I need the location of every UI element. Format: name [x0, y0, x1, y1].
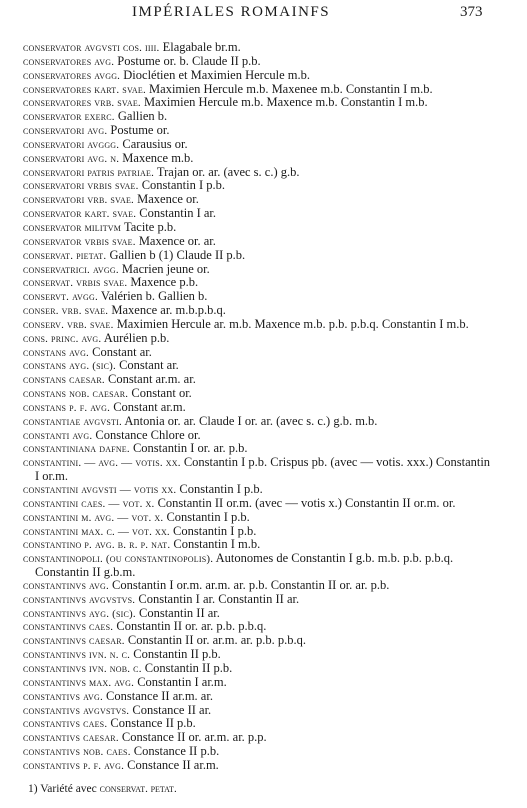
coin-legend: conservator exerc. [23, 111, 115, 123]
emperor-and-metal: Constance II p.b. [131, 744, 220, 758]
coin-legend: constantini m. avg. — vot. x. [23, 512, 163, 524]
emperor-and-metal: Constantin I or. ar. p.b. [130, 441, 248, 455]
coin-legend: constantinvs caesar. [23, 635, 125, 647]
coin-legend: conservat. vrbis svae. [23, 277, 127, 289]
index-entry: constantino p. avg. b. r. p. nat. Consta… [23, 538, 493, 552]
coin-legend: conservat. pietat. [23, 250, 106, 262]
emperor-and-metal: Constant ar. [89, 345, 152, 359]
emperor-and-metal: Maxence m.b. [119, 151, 193, 165]
index-entry: conservatores avgg. Dioclétien et Maximi… [23, 69, 493, 83]
coin-legend: conservator avgvsti cos. iiii. [23, 42, 159, 54]
coin-legend: constanti avg. [23, 430, 92, 442]
emperor-and-metal: Constant ar. [116, 358, 179, 372]
index-entry: constantini caes. — vot. x. Constantin I… [23, 497, 493, 511]
coin-legend: constans avg. [23, 347, 89, 359]
index-entry: constantivs avg. Constance II ar.m. ar. [23, 690, 493, 704]
index-entry: cons. princ. avg. Aurélien p.b. [23, 332, 493, 346]
emperor-and-metal: Constantin I p.b. [163, 510, 249, 524]
emperor-and-metal: Constantin II or. ar. p.b. p.b.q. [113, 619, 266, 633]
coin-legend: conservatori vrbis svae. [23, 180, 139, 192]
index-entry: constans avg. Constant ar. [23, 346, 493, 360]
running-title: IMPÉRIALES ROMAINFS [132, 4, 330, 21]
index-entry: constantivs p. f. avg. Constance II ar.m… [23, 759, 493, 773]
emperor-and-metal: Postume or. b. Claude II p.b. [114, 54, 261, 68]
emperor-and-metal: Maxence or. [134, 192, 199, 206]
footnote-marker: 1) [28, 783, 38, 795]
index-entry: conservatores kart. svae. Maximien Hercu… [23, 83, 493, 97]
footnote-legend: conservat. petat. [100, 783, 177, 795]
emperor-and-metal: Constantin II p.b. [142, 661, 233, 675]
emperor-and-metal: Constance II ar. [129, 703, 211, 717]
index-entry: conservatori avg. Postume or. [23, 124, 493, 138]
index-entry: constantini. — avg. — votis. xx. Constan… [23, 456, 493, 483]
emperor-and-metal: Constant ar.m. [110, 400, 186, 414]
emperor-and-metal: Constantin I ar.m. [134, 675, 227, 689]
emperor-and-metal: Constantin I p.b. [139, 178, 225, 192]
index-entry: constans ayg. (sic). Constant ar. [23, 359, 493, 373]
coin-legend: conservator kart. svae. [23, 208, 136, 220]
coin-legend: conservatrici. avgg. [23, 264, 119, 276]
index-entry: conservatores vrb. svae. Maximien Hercul… [23, 96, 493, 110]
emperor-and-metal: Carausius or. [119, 137, 187, 151]
index-entry: constantiae avgvsti. Antonia or. ar. Cla… [23, 415, 493, 429]
index-entry: conservatori avggg. Carausius or. [23, 138, 493, 152]
coin-legend: constantini avgvsti — votis xx. [23, 484, 176, 496]
index-entry: constanti avg. Constance Chlore or. [23, 429, 493, 443]
index-entry: constantinvs ivn. n. c. Constantin II p.… [23, 648, 493, 662]
footnote-text: Variété avec [38, 783, 100, 795]
coin-legend: constantinvs caes. [23, 621, 113, 633]
coin-legend: conservatores avgg. [23, 70, 120, 82]
emperor-and-metal: Constance II or. ar.m. ar. p.p. [119, 730, 267, 744]
index-entry: conservatori vrbis svae. Constantin I p.… [23, 179, 493, 193]
emperor-and-metal: Maxence p.b. [127, 275, 198, 289]
emperor-and-metal: Tacite p.b. [121, 220, 176, 234]
coin-legend: constantini. — avg. — votis. xx. [23, 457, 181, 469]
coin-legend: conservatori patris patriae. [23, 167, 154, 179]
index-entry: conservator militvm Tacite p.b. [23, 221, 493, 235]
coin-legend: constantinvs ayg. (sic). [23, 608, 136, 620]
index-entry: constans caesar. Constant ar.m. ar. [23, 373, 493, 387]
emperor-and-metal: Maxence or. ar. [136, 234, 216, 248]
emperor-and-metal: Constantin I p.b. [176, 482, 262, 496]
coin-legend: constantivs caesar. [23, 732, 119, 744]
index-entry: constantinopoli. (ou constantinopolis). … [23, 552, 493, 579]
index-entry: conservat. pietat. Gallien b (1) Claude … [23, 249, 493, 263]
coin-legend: conservatori avg. n. [23, 153, 119, 165]
emperor-and-metal: Constantin I p.b. [170, 524, 256, 538]
index-entry: constantiniana dafne. Constantin I or. a… [23, 442, 493, 456]
coin-legend: constans nob. caesar. [23, 388, 128, 400]
page-number: 373 [460, 4, 483, 21]
coin-legend: conservatori avggg. [23, 139, 119, 151]
index-entry: constantinvs avgvstvs. Constantin I ar. … [23, 593, 493, 607]
coin-legend: constantinopoli. (ou constantinopolis). [23, 553, 213, 565]
index-entry: constantinvs caes. Constantin II or. ar.… [23, 620, 493, 634]
emperor-and-metal: Trajan or. ar. (avec s. c.) g.b. [154, 165, 299, 179]
coin-legend: constantivs p. f. avg. [23, 760, 124, 772]
coin-legend: constantinvs ivn. nob. c. [23, 663, 142, 675]
index-entry: conservator avgvsti cos. iiii. Elagabale… [23, 41, 493, 55]
emperor-and-metal: Maximien Hercule m.b. Maxence m.b. Const… [141, 95, 428, 109]
emperor-and-metal: Maximien Hercule m.b. Maxenee m.b. Const… [146, 82, 433, 96]
coin-legend: conservatores vrb. svae. [23, 97, 141, 109]
coin-legend: conservt. avgg. [23, 291, 98, 303]
emperor-and-metal: Maxence ar. m.b.p.b.q. [108, 303, 226, 317]
coin-legend: conservatori vrb. svae. [23, 194, 134, 206]
emperor-and-metal: Gallien b (1) Claude II p.b. [106, 248, 245, 262]
coin-legend: constantivs nob. caes. [23, 746, 131, 758]
emperor-and-metal: Constantin I m.b. [170, 537, 260, 551]
coin-legend: conser. vrb. svae. [23, 305, 108, 317]
index-entry: constantinvs avg. Constantin I or.m. ar.… [23, 579, 493, 593]
emperor-and-metal: Constance II ar.m. ar. [103, 689, 213, 703]
index-entry: constantivs avgvstvs. Constance II ar. [23, 704, 493, 718]
emperor-and-metal: Constant or. [128, 386, 192, 400]
index-entry: conservatori vrb. svae. Maxence or. [23, 193, 493, 207]
coin-legend: constantinvs avgvstvs. [23, 594, 135, 606]
emperor-and-metal: Constant ar.m. ar. [105, 372, 196, 386]
index-entry: conservatores avg. Postume or. b. Claude… [23, 55, 493, 69]
index-entry: constantivs caes. Constance II p.b. [23, 717, 493, 731]
coin-legend: constans caesar. [23, 374, 105, 386]
index-entry: constantivs nob. caes. Constance II p.b. [23, 745, 493, 759]
coin-legend: constantini caes. — vot. x. [23, 498, 154, 510]
coin-legend: conservator vrbis svae. [23, 236, 136, 248]
index-entry: constantini avgvsti — votis xx. Constant… [23, 483, 493, 497]
emperor-and-metal: Aurélien p.b. [101, 331, 169, 345]
legend-index-list: conservator avgvsti cos. iiii. Elagabale… [23, 41, 493, 773]
index-entry: constantini max. c. — vot. xx. Constanti… [23, 525, 493, 539]
coin-legend: constantini max. c. — vot. xx. [23, 526, 170, 538]
page-header: IMPÉRIALES ROMAINFS 373 [0, 4, 527, 26]
emperor-and-metal: Maximien Hercule ar. m.b. Maxence m.b. p… [114, 317, 469, 331]
coin-legend: constantivs avgvstvs. [23, 705, 129, 717]
emperor-and-metal: Gallien b. [115, 109, 167, 123]
coin-legend: conservator militvm [23, 222, 121, 234]
emperor-and-metal: Constance Chlore or. [92, 428, 200, 442]
index-entry: conservator exerc. Gallien b. [23, 110, 493, 124]
emperor-and-metal: Constantin II ar. [136, 606, 220, 620]
coin-legend: constantivs avg. [23, 691, 103, 703]
coin-legend: constantinvs ivn. n. c. [23, 649, 130, 661]
coin-legend: constantiae avgvsti. [23, 416, 122, 428]
coin-legend: constantino p. avg. b. r. p. nat. [23, 539, 170, 551]
coin-legend: constantinvs max. avg. [23, 677, 134, 689]
index-entry: conservat. vrbis svae. Maxence p.b. [23, 276, 493, 290]
index-entry: constantivs caesar. Constance II or. ar.… [23, 731, 493, 745]
emperor-and-metal: Constantin II or. ar.m. ar. p.b. p.b.q. [125, 633, 306, 647]
coin-legend: constans ayg. (sic). [23, 360, 116, 372]
index-entry: constantinvs caesar. Constantin II or. a… [23, 634, 493, 648]
index-entry: constans nob. caesar. Constant or. [23, 387, 493, 401]
index-entry: constantinvs ayg. (sic). Constantin II a… [23, 607, 493, 621]
emperor-and-metal: Postume or. [107, 123, 169, 137]
index-entry: constantinvs ivn. nob. c. Constantin II … [23, 662, 493, 676]
coin-legend: conservatores kart. svae. [23, 84, 146, 96]
index-entry: constantinvs max. avg. Constantin I ar.m… [23, 676, 493, 690]
coin-legend: constantinvs avg. [23, 580, 109, 592]
index-entry: constantini m. avg. — vot. x. Constantin… [23, 511, 493, 525]
index-entry: constans p. f. avg. Constant ar.m. [23, 401, 493, 415]
footnote: 1) Variété avec conservat. petat. [28, 783, 177, 795]
coin-legend: constantiniana dafne. [23, 443, 130, 455]
index-entry: conservator kart. svae. Constantin I ar. [23, 207, 493, 221]
index-entry: conservatrici. avgg. Macrien jeune or. [23, 263, 493, 277]
coin-legend: constans p. f. avg. [23, 402, 110, 414]
index-entry: conser. vrb. svae. Maxence ar. m.b.p.b.q… [23, 304, 493, 318]
emperor-and-metal: Constantin I or.m. ar.m. ar. p.b. Consta… [109, 578, 390, 592]
coin-legend: constantivs caes. [23, 718, 107, 730]
emperor-and-metal: Dioclétien et Maximien Hercule m.b. [120, 68, 310, 82]
emperor-and-metal: Valérien b. Gallien b. [98, 289, 207, 303]
index-entry: conserv. vrb. svae. Maximien Hercule ar.… [23, 318, 493, 332]
index-entry: conservator vrbis svae. Maxence or. ar. [23, 235, 493, 249]
emperor-and-metal: Macrien jeune or. [119, 262, 210, 276]
coin-legend: cons. princ. avg. [23, 333, 101, 345]
emperor-and-metal: Constantin I ar. [136, 206, 216, 220]
index-entry: conservatori patris patriae. Trajan or. … [23, 166, 493, 180]
emperor-and-metal: Constantin II or.m. (avec — votis x.) Co… [154, 496, 455, 510]
emperor-and-metal: Constance II p.b. [107, 716, 196, 730]
emperor-and-metal: Constantin I ar. Constantin II ar. [135, 592, 299, 606]
index-entry: conservt. avgg. Valérien b. Gallien b. [23, 290, 493, 304]
coin-legend: conservatores avg. [23, 56, 114, 68]
emperor-and-metal: Constance II ar.m. [124, 758, 219, 772]
emperor-and-metal: Antonia or. ar. Claude I or. ar. (avec s… [122, 414, 378, 428]
coin-legend: conserv. vrb. svae. [23, 319, 114, 331]
emperor-and-metal: Elagabale br.m. [159, 40, 240, 54]
coin-legend: conservatori avg. [23, 125, 107, 137]
index-entry: conservatori avg. n. Maxence m.b. [23, 152, 493, 166]
emperor-and-metal: Constantin II p.b. [130, 647, 221, 661]
